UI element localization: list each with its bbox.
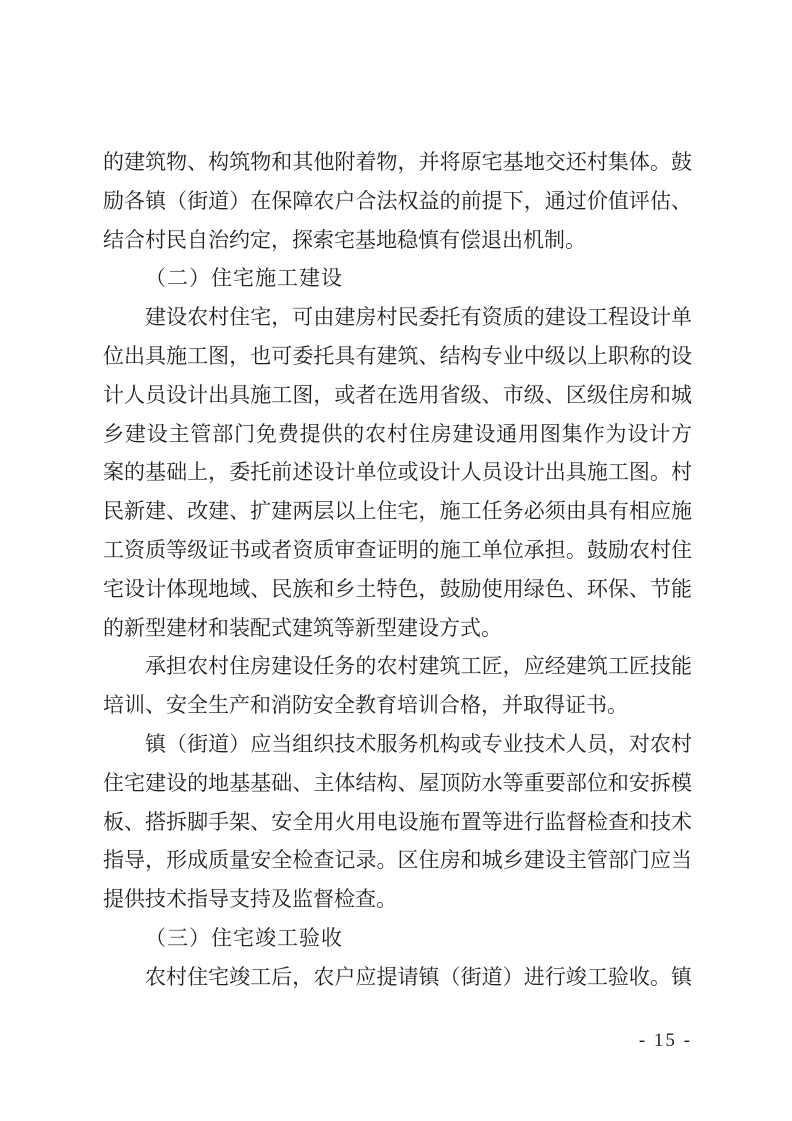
document-page: 的建筑物、构筑物和其他附着物，并将原宅基地交还村集体。鼓 励各镇（街道）在保障农… (0, 0, 792, 1121)
text-line: 工资质等级证书或者资质审查证明的施工单位承担。鼓励农村住 (103, 531, 692, 570)
text-line: 建设农村住宅，可由建房村民委托有资质的建设工程设计单 (103, 298, 692, 337)
text-line: 位出具施工图，也可委托具有建筑、结构专业中级以上职称的设 (103, 337, 692, 376)
text-line: 的建筑物、构筑物和其他附着物，并将原宅基地交还村集体。鼓 (103, 143, 692, 182)
text-line: 案的基础上，委托前述设计单位或设计人员设计出具施工图。村 (103, 453, 692, 492)
text-line: 提供技术指导支持及监督检查。 (103, 880, 692, 919)
section-heading-2: （二）住宅施工建设 (103, 259, 692, 298)
text-line: 的新型建材和装配式建筑等新型建设方式。 (103, 609, 692, 648)
page-number: - 15 - (639, 1029, 692, 1053)
text-line: 镇（街道）应当组织技术服务机构或专业技术人员，对农村 (103, 725, 692, 764)
text-line: 指导，形成质量安全检查记录。区住房和城乡建设主管部门应当 (103, 841, 692, 880)
text-line: 住宅建设的地基基础、主体结构、屋顶防水等重要部位和安拆模 (103, 764, 692, 803)
text-line: 乡建设主管部门免费提供的农村住房建设通用图集作为设计方 (103, 415, 692, 454)
text-line: 农村住宅竣工后，农户应提请镇（街道）进行竣工验收。镇 (103, 958, 692, 997)
text-line: 承担农村住房建设任务的农村建筑工匠，应经建筑工匠技能 (103, 647, 692, 686)
text-line: 励各镇（街道）在保障农户合法权益的前提下，通过价值评估、 (103, 182, 692, 221)
text-line: 宅设计体现地域、民族和乡土特色，鼓励使用绿色、环保、节能 (103, 570, 692, 609)
text-line: 板、搭拆脚手架、安全用火用电设施布置等进行监督检查和技术 (103, 803, 692, 842)
text-line: 计人员设计出具施工图，或者在选用省级、市级、区级住房和城 (103, 376, 692, 415)
document-body: 的建筑物、构筑物和其他附着物，并将原宅基地交还村集体。鼓 励各镇（街道）在保障农… (103, 143, 692, 997)
text-line: 培训、安全生产和消防安全教育培训合格，并取得证书。 (103, 686, 692, 725)
text-line: 结合村民自治约定，探索宅基地稳慎有偿退出机制。 (103, 221, 692, 260)
section-heading-3: （三）住宅竣工验收 (103, 919, 692, 958)
text-line: 民新建、改建、扩建两层以上住宅，施工任务必须由具有相应施 (103, 492, 692, 531)
